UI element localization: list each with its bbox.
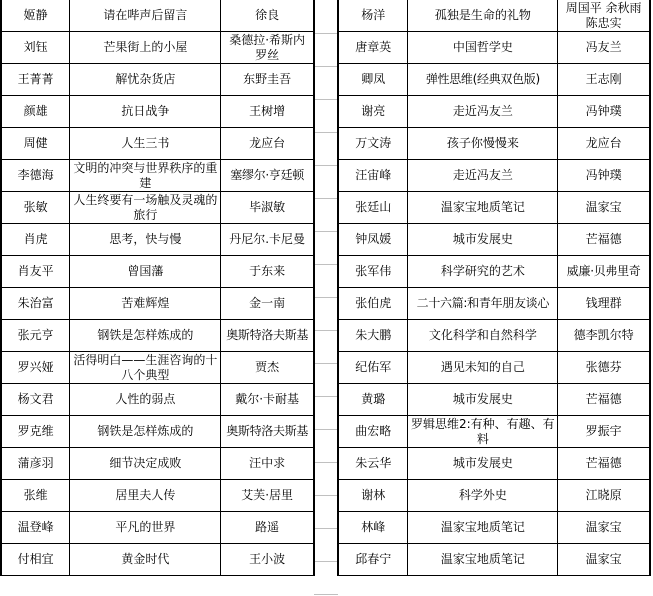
left-book-table: 姬静 请在哔声后留言 徐良 刘钰 芒果街上的小屋 桑德拉·希斯内罗丝 王菁菁 解… xyxy=(0,0,315,576)
table-row: 罗兴娅 活得明白——生涯咨询的十八个典型 贾杰 xyxy=(1,352,314,384)
table-row: 朱云华 城市发展史 芒福德 xyxy=(338,448,650,480)
title-cell[interactable]: 温家宝地质笔记 xyxy=(408,544,558,576)
table-row: 林峰 温家宝地质笔记 温家宝 xyxy=(338,512,650,544)
reader-cell[interactable]: 汪宙峰 xyxy=(338,160,408,192)
table-row: 张军伟 科学研究的艺术 威廉·贝弗里奇 xyxy=(338,256,650,288)
title-cell[interactable]: 文明的冲突与世界秩序的重建 xyxy=(70,160,221,192)
gridline xyxy=(314,33,338,34)
table-row: 刘钰 芒果街上的小屋 桑德拉·希斯内罗丝 xyxy=(1,32,314,64)
reader-cell[interactable]: 颜雄 xyxy=(1,96,70,128)
table-row: 付相宜 黄金时代 王小波 xyxy=(1,544,314,576)
author-cell[interactable]: 毕淑敏 xyxy=(221,192,314,224)
author-cell[interactable]: 罗振宇 xyxy=(558,416,650,448)
author-cell[interactable]: 德李凯尔特 xyxy=(558,320,650,352)
author-cell[interactable]: 芒福德 xyxy=(558,224,650,256)
reader-cell[interactable]: 朱云华 xyxy=(338,448,408,480)
title-cell[interactable]: 二十六篇:和青年朋友谈心 xyxy=(408,288,558,320)
author-cell[interactable]: 冯钟璞 xyxy=(558,96,650,128)
gridline xyxy=(314,297,338,298)
author-cell[interactable]: 周国平 余秋雨陈忠实 xyxy=(558,0,650,32)
title-cell[interactable]: 请在哔声后留言 xyxy=(70,0,221,32)
author-cell[interactable]: 桑德拉·希斯内罗丝 xyxy=(221,32,314,64)
gridline xyxy=(314,264,338,265)
author-cell[interactable]: 路遥 xyxy=(221,512,314,544)
reader-cell[interactable]: 罗兴娅 xyxy=(1,352,70,384)
author-cell[interactable]: 芒福德 xyxy=(558,448,650,480)
gridline xyxy=(314,594,338,595)
title-cell[interactable]: 黄金时代 xyxy=(70,544,221,576)
table-row: 黄璐 城市发展史 芒福德 xyxy=(338,384,650,416)
table-row: 李德海 文明的冲突与世界秩序的重建 塞缪尔·亨廷顿 xyxy=(1,160,314,192)
table-row: 温登峰 平凡的世界 路遥 xyxy=(1,512,314,544)
table-row: 杨文君 人性的弱点 戴尔·卡耐基 xyxy=(1,384,314,416)
reader-cell[interactable]: 钟凤媛 xyxy=(338,224,408,256)
author-cell[interactable]: 戴尔·卡耐基 xyxy=(221,384,314,416)
title-cell[interactable]: 罗辑思维2:有种、有趣、有料 xyxy=(408,416,558,448)
title-cell[interactable]: 思考，快与慢 xyxy=(70,224,221,256)
table-row: 周健 人生三书 龙应台 xyxy=(1,128,314,160)
reader-cell[interactable]: 纪佑军 xyxy=(338,352,408,384)
table-row: 肖虎 思考，快与慢 丹尼尔.卡尼曼 xyxy=(1,224,314,256)
table-row: 谢亮 走近冯友兰 冯钟璞 xyxy=(338,96,650,128)
title-cell[interactable]: 城市发展史 xyxy=(408,448,558,480)
title-cell[interactable]: 解忧杂货店 xyxy=(70,64,221,96)
gridline xyxy=(314,165,338,166)
table-row: 曲宏略 罗辑思维2:有种、有趣、有料 罗振宇 xyxy=(338,416,650,448)
table-row: 罗克维 钢铁是怎样炼成的 奥斯特洛夫斯基 xyxy=(1,416,314,448)
title-cell[interactable]: 平凡的世界 xyxy=(70,512,221,544)
table-row: 张敏 人生终要有一场触及灵魂的旅行 毕淑敏 xyxy=(1,192,314,224)
author-cell[interactable]: 钱理群 xyxy=(558,288,650,320)
author-cell[interactable]: 王树增 xyxy=(221,96,314,128)
reader-cell[interactable]: 黄璐 xyxy=(338,384,408,416)
title-cell[interactable]: 文化科学和自然科学 xyxy=(408,320,558,352)
reader-cell[interactable]: 张伯虎 xyxy=(338,288,408,320)
title-cell[interactable]: 人性的弱点 xyxy=(70,384,221,416)
reader-cell[interactable]: 张廷山 xyxy=(338,192,408,224)
title-cell[interactable]: 居里夫人传 xyxy=(70,480,221,512)
gridline xyxy=(314,231,338,232)
right-book-table: 杨洋 孤独是生命的礼物 周国平 余秋雨陈忠实 唐章英 中国哲学史 冯友兰 卿凤 … xyxy=(337,0,651,576)
reader-cell[interactable]: 卿凤 xyxy=(338,64,408,96)
table-row: 朱大鹏 文化科学和自然科学 德李凯尔特 xyxy=(338,320,650,352)
title-cell[interactable]: 钢铁是怎样炼成的 xyxy=(70,416,221,448)
author-cell[interactable]: 徐良 xyxy=(221,0,314,32)
reader-cell[interactable]: 温登峰 xyxy=(1,512,70,544)
title-cell[interactable]: 孩子你慢慢来 xyxy=(408,128,558,160)
title-cell[interactable]: 遇见未知的自己 xyxy=(408,352,558,384)
author-cell[interactable]: 东野圭吾 xyxy=(221,64,314,96)
reader-cell[interactable]: 唐章英 xyxy=(338,32,408,64)
title-cell[interactable]: 弹性思维(经典双色版) xyxy=(408,64,558,96)
table-row: 谢林 科学外史 江晓原 xyxy=(338,480,650,512)
gridline xyxy=(314,429,338,430)
reader-cell[interactable]: 罗克维 xyxy=(1,416,70,448)
reader-cell[interactable]: 谢亮 xyxy=(338,96,408,128)
author-cell[interactable]: 龙应台 xyxy=(221,128,314,160)
reader-cell[interactable]: 杨文君 xyxy=(1,384,70,416)
title-cell[interactable]: 曾国藩 xyxy=(70,256,221,288)
title-cell[interactable]: 城市发展史 xyxy=(408,384,558,416)
title-cell[interactable]: 走近冯友兰 xyxy=(408,160,558,192)
author-cell[interactable]: 威廉·贝弗里奇 xyxy=(558,256,650,288)
table-row: 姬静 请在哔声后留言 徐良 xyxy=(1,0,314,32)
title-cell[interactable]: 细节决定成败 xyxy=(70,448,221,480)
table-row: 汪宙峰 走近冯友兰 冯钟璞 xyxy=(338,160,650,192)
author-cell[interactable]: 奥斯特洛夫斯基 xyxy=(221,416,314,448)
reader-cell[interactable]: 朱大鹏 xyxy=(338,320,408,352)
reader-cell[interactable]: 张军伟 xyxy=(338,256,408,288)
reader-cell[interactable]: 邱春宁 xyxy=(338,544,408,576)
reader-cell[interactable]: 王菁菁 xyxy=(1,64,70,96)
reader-cell[interactable]: 谢林 xyxy=(338,480,408,512)
reader-cell[interactable]: 周健 xyxy=(1,128,70,160)
author-cell[interactable]: 张德芬 xyxy=(558,352,650,384)
table-row: 卿凤 弹性思维(经典双色版) 王志刚 xyxy=(338,64,650,96)
reader-cell[interactable]: 刘钰 xyxy=(1,32,70,64)
author-cell[interactable]: 汪中求 xyxy=(221,448,314,480)
gridline xyxy=(314,561,338,562)
table-row: 唐章英 中国哲学史 冯友兰 xyxy=(338,32,650,64)
author-cell[interactable]: 温家宝 xyxy=(558,544,650,576)
reader-cell[interactable]: 林峰 xyxy=(338,512,408,544)
title-cell[interactable]: 活得明白——生涯咨询的十八个典型 xyxy=(70,352,221,384)
table-row: 蒲彦羽 细节决定成败 汪中求 xyxy=(1,448,314,480)
author-cell[interactable]: 金一南 xyxy=(221,288,314,320)
reader-cell[interactable]: 肖虎 xyxy=(1,224,70,256)
gridline xyxy=(314,198,338,199)
author-cell[interactable]: 艾芙·居里 xyxy=(221,480,314,512)
title-cell[interactable]: 人生三书 xyxy=(70,128,221,160)
title-cell[interactable]: 人生终要有一场触及灵魂的旅行 xyxy=(70,192,221,224)
table-row: 肖友平 曾国藩 于东来 xyxy=(1,256,314,288)
reader-cell[interactable]: 李德海 xyxy=(1,160,70,192)
table-row: 颜雄 抗日战争 王树增 xyxy=(1,96,314,128)
title-cell[interactable]: 中国哲学史 xyxy=(408,32,558,64)
title-cell[interactable]: 走近冯友兰 xyxy=(408,96,558,128)
author-cell[interactable]: 冯友兰 xyxy=(558,32,650,64)
gridline xyxy=(314,462,338,463)
reader-cell[interactable]: 张维 xyxy=(1,480,70,512)
table-row: 张伯虎 二十六篇:和青年朋友谈心 钱理群 xyxy=(338,288,650,320)
table-row: 万文涛 孩子你慢慢来 龙应台 xyxy=(338,128,650,160)
reader-cell[interactable]: 杨洋 xyxy=(338,0,408,32)
title-cell[interactable]: 孤独是生命的礼物 xyxy=(408,0,558,32)
gridline xyxy=(314,99,338,100)
title-cell[interactable]: 芒果街上的小屋 xyxy=(70,32,221,64)
gridline xyxy=(314,363,338,364)
title-cell[interactable]: 钢铁是怎样炼成的 xyxy=(70,320,221,352)
title-cell[interactable]: 科学外史 xyxy=(408,480,558,512)
author-cell[interactable]: 江晓原 xyxy=(558,480,650,512)
author-cell[interactable]: 塞缪尔·亨廷顿 xyxy=(221,160,314,192)
author-cell[interactable]: 贾杰 xyxy=(221,352,314,384)
table-row: 王菁菁 解忧杂货店 东野圭吾 xyxy=(1,64,314,96)
author-cell[interactable]: 王小波 xyxy=(221,544,314,576)
reader-cell[interactable]: 朱治富 xyxy=(1,288,70,320)
table-row: 朱治富 苦难辉煌 金一南 xyxy=(1,288,314,320)
gridline xyxy=(314,132,338,133)
reader-cell[interactable]: 付相宜 xyxy=(1,544,70,576)
author-cell[interactable]: 王志刚 xyxy=(558,64,650,96)
title-cell[interactable]: 城市发展史 xyxy=(408,224,558,256)
table-row: 纪佑军 遇见未知的自己 张德芬 xyxy=(338,352,650,384)
reader-cell[interactable]: 曲宏略 xyxy=(338,416,408,448)
gridline xyxy=(314,528,338,529)
reader-cell[interactable]: 蒲彦羽 xyxy=(1,448,70,480)
gridline xyxy=(314,396,338,397)
author-cell[interactable]: 丹尼尔.卡尼曼 xyxy=(221,224,314,256)
author-cell[interactable]: 奥斯特洛夫斯基 xyxy=(221,320,314,352)
gridline xyxy=(314,330,338,331)
reader-cell[interactable]: 姬静 xyxy=(1,0,70,32)
column-gap xyxy=(314,0,338,596)
gridline xyxy=(314,66,338,67)
author-cell[interactable]: 于东来 xyxy=(221,256,314,288)
author-cell[interactable]: 冯钟璞 xyxy=(558,160,650,192)
gridline xyxy=(314,495,338,496)
author-cell[interactable]: 龙应台 xyxy=(558,128,650,160)
author-cell[interactable]: 芒福德 xyxy=(558,384,650,416)
author-cell[interactable]: 温家宝 xyxy=(558,512,650,544)
title-cell[interactable]: 科学研究的艺术 xyxy=(408,256,558,288)
title-cell[interactable]: 温家宝地质笔记 xyxy=(408,512,558,544)
table-row: 张维 居里夫人传 艾芙·居里 xyxy=(1,480,314,512)
reader-cell[interactable]: 肖友平 xyxy=(1,256,70,288)
reader-cell[interactable]: 万文涛 xyxy=(338,128,408,160)
spreadsheet-view: 姬静 请在哔声后留言 徐良 刘钰 芒果街上的小屋 桑德拉·希斯内罗丝 王菁菁 解… xyxy=(0,0,653,596)
title-cell[interactable]: 温家宝地质笔记 xyxy=(408,192,558,224)
table-row: 张廷山 温家宝地质笔记 温家宝 xyxy=(338,192,650,224)
table-row: 张元亨 钢铁是怎样炼成的 奥斯特洛夫斯基 xyxy=(1,320,314,352)
table-row: 杨洋 孤独是生命的礼物 周国平 余秋雨陈忠实 xyxy=(338,0,650,32)
title-cell[interactable]: 抗日战争 xyxy=(70,96,221,128)
title-cell[interactable]: 苦难辉煌 xyxy=(70,288,221,320)
reader-cell[interactable]: 张敏 xyxy=(1,192,70,224)
table-row: 邱春宁 温家宝地质笔记 温家宝 xyxy=(338,544,650,576)
reader-cell[interactable]: 张元亨 xyxy=(1,320,70,352)
author-cell[interactable]: 温家宝 xyxy=(558,192,650,224)
table-row: 钟凤媛 城市发展史 芒福德 xyxy=(338,224,650,256)
